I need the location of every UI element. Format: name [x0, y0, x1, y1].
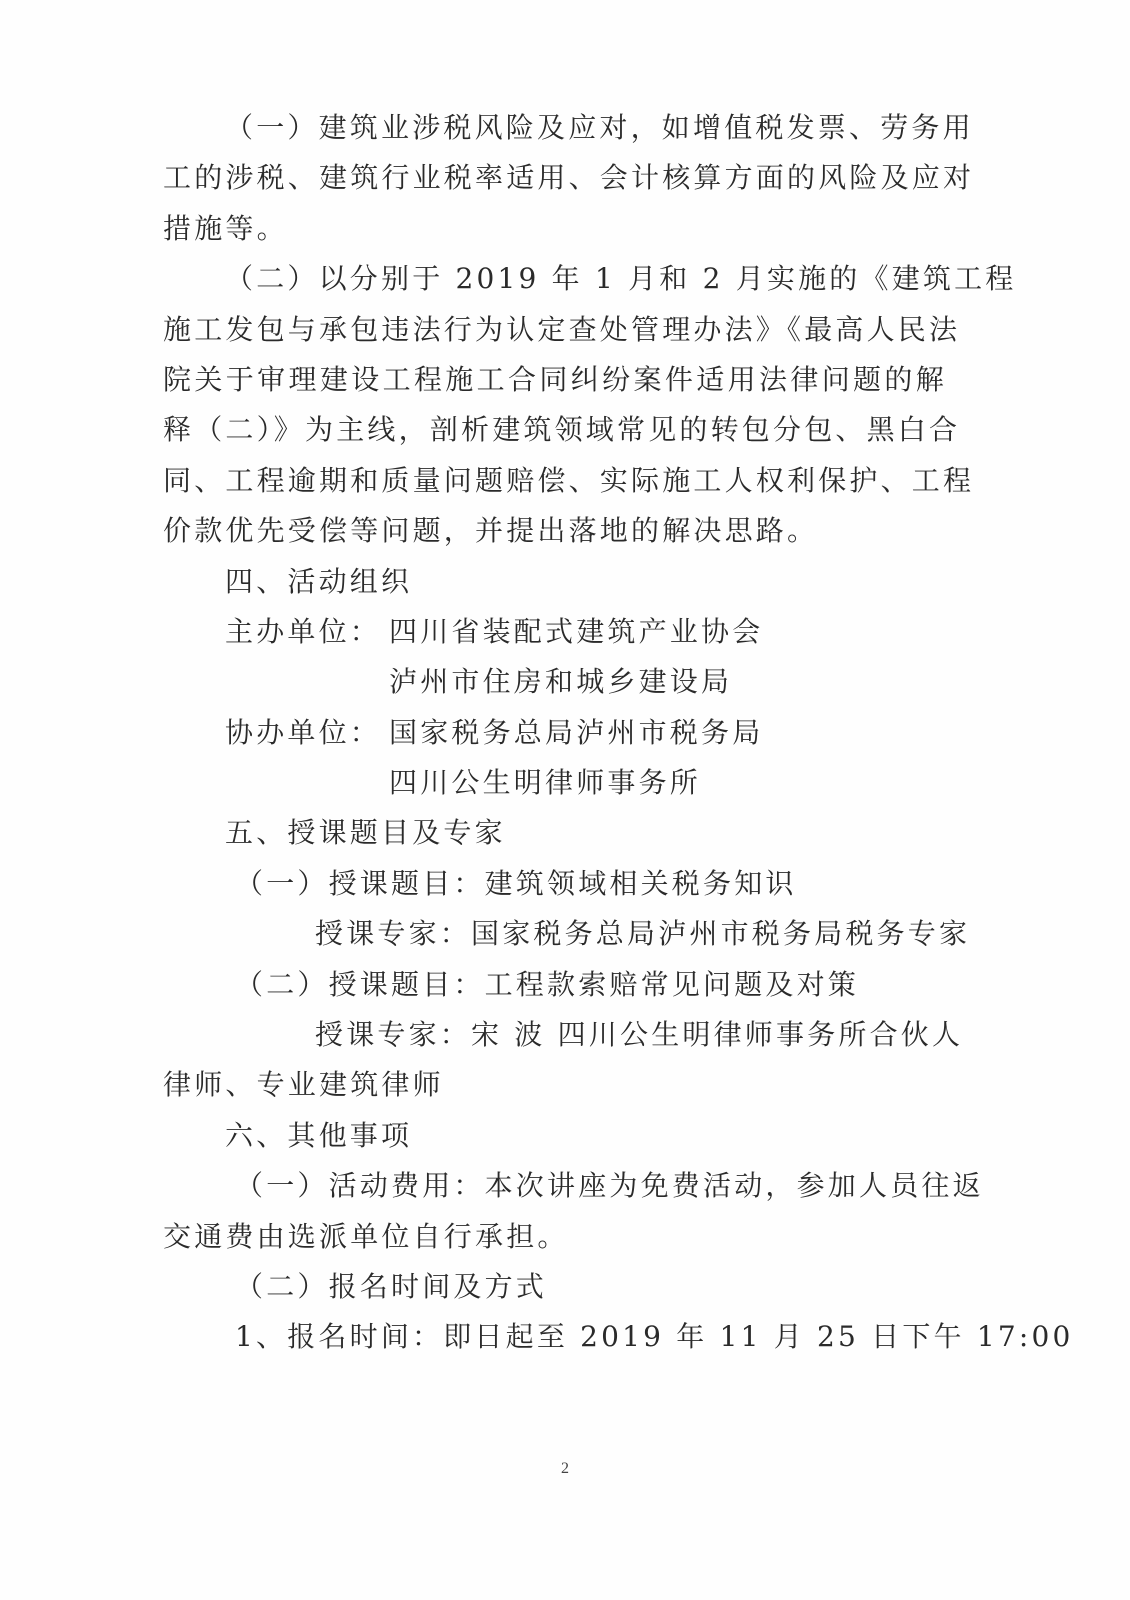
registration-heading: （二）报名时间及方式 [163, 1262, 947, 1312]
registration-time: 1、报名时间：即日起至 2019 年 11 月 25 日下午 17:00 [163, 1312, 947, 1362]
co-organizer-2: 四川公生明律师事务所 [163, 758, 947, 808]
fee-line-1: （一）活动费用：本次讲座为免费活动，参加人员往返 [163, 1161, 947, 1211]
host-row-1: 主办单位：四川省装配式建筑产业协会 [163, 607, 947, 657]
page-number: 2 [0, 1460, 1130, 1478]
fee-line-2: 交通费由选派单位自行承担。 [163, 1212, 947, 1262]
document-body: （一）建筑业涉税风险及应对，如增值税发票、劳务用 工的涉税、建筑行业税率适用、会… [163, 103, 947, 1363]
paragraph-tax-risk-line-3: 措施等。 [163, 204, 947, 254]
host-label: 主办单位： [225, 607, 389, 657]
paragraph-legal-line-4: 释（二）》为主线，剖析建筑领域常见的转包分包、黑白合 [163, 405, 947, 455]
section-heading-organization: 四、活动组织 [163, 557, 947, 607]
topic-2-expert: 授课专家：宋 波 四川公生明律师事务所合伙人 [163, 1010, 947, 1060]
section-heading-other: 六、其他事项 [163, 1111, 947, 1161]
paragraph-legal-line-2: 施工发包与承包违法行为认定查处管理办法》《最高人民法 [163, 305, 947, 355]
topic-2-expert-continued: 律师、专业建筑律师 [163, 1060, 947, 1110]
paragraph-legal-line-5: 同、工程逾期和质量问题赔偿、实际施工人权利保护、工程 [163, 456, 947, 506]
co-organizer-row-1: 协办单位：国家税务总局泸州市税务局 [163, 708, 947, 758]
paragraph-tax-risk-line-1: （一）建筑业涉税风险及应对，如增值税发票、劳务用 [163, 103, 947, 153]
host-org-1: 四川省装配式建筑产业协会 [389, 615, 763, 648]
co-organizer-label: 协办单位： [225, 708, 389, 758]
topic-2-title: （二）授课题目：工程款索赔常见问题及对策 [163, 960, 947, 1010]
paragraph-legal-line-1: （二）以分别于 2019 年 1 月和 2 月实施的《建筑工程 [163, 254, 947, 304]
paragraph-legal-line-3: 院关于审理建设工程施工合同纠纷案件适用法律问题的解 [163, 355, 947, 405]
topic-1-title: （一）授课题目：建筑领域相关税务知识 [163, 859, 947, 909]
paragraph-legal-line-6: 价款优先受偿等问题，并提出落地的解决思路。 [163, 506, 947, 556]
host-org-2: 泸州市住房和城乡建设局 [163, 657, 947, 707]
paragraph-tax-risk-line-2: 工的涉税、建筑行业税率适用、会计核算方面的风险及应对 [163, 153, 947, 203]
section-heading-topics: 五、授课题目及专家 [163, 808, 947, 858]
topic-1-expert: 授课专家：国家税务总局泸州市税务局税务专家 [163, 909, 947, 959]
document-page: （一）建筑业涉税风险及应对，如增值税发票、劳务用 工的涉税、建筑行业税率适用、会… [0, 0, 1130, 1600]
co-organizer-1: 国家税务总局泸州市税务局 [389, 716, 763, 749]
